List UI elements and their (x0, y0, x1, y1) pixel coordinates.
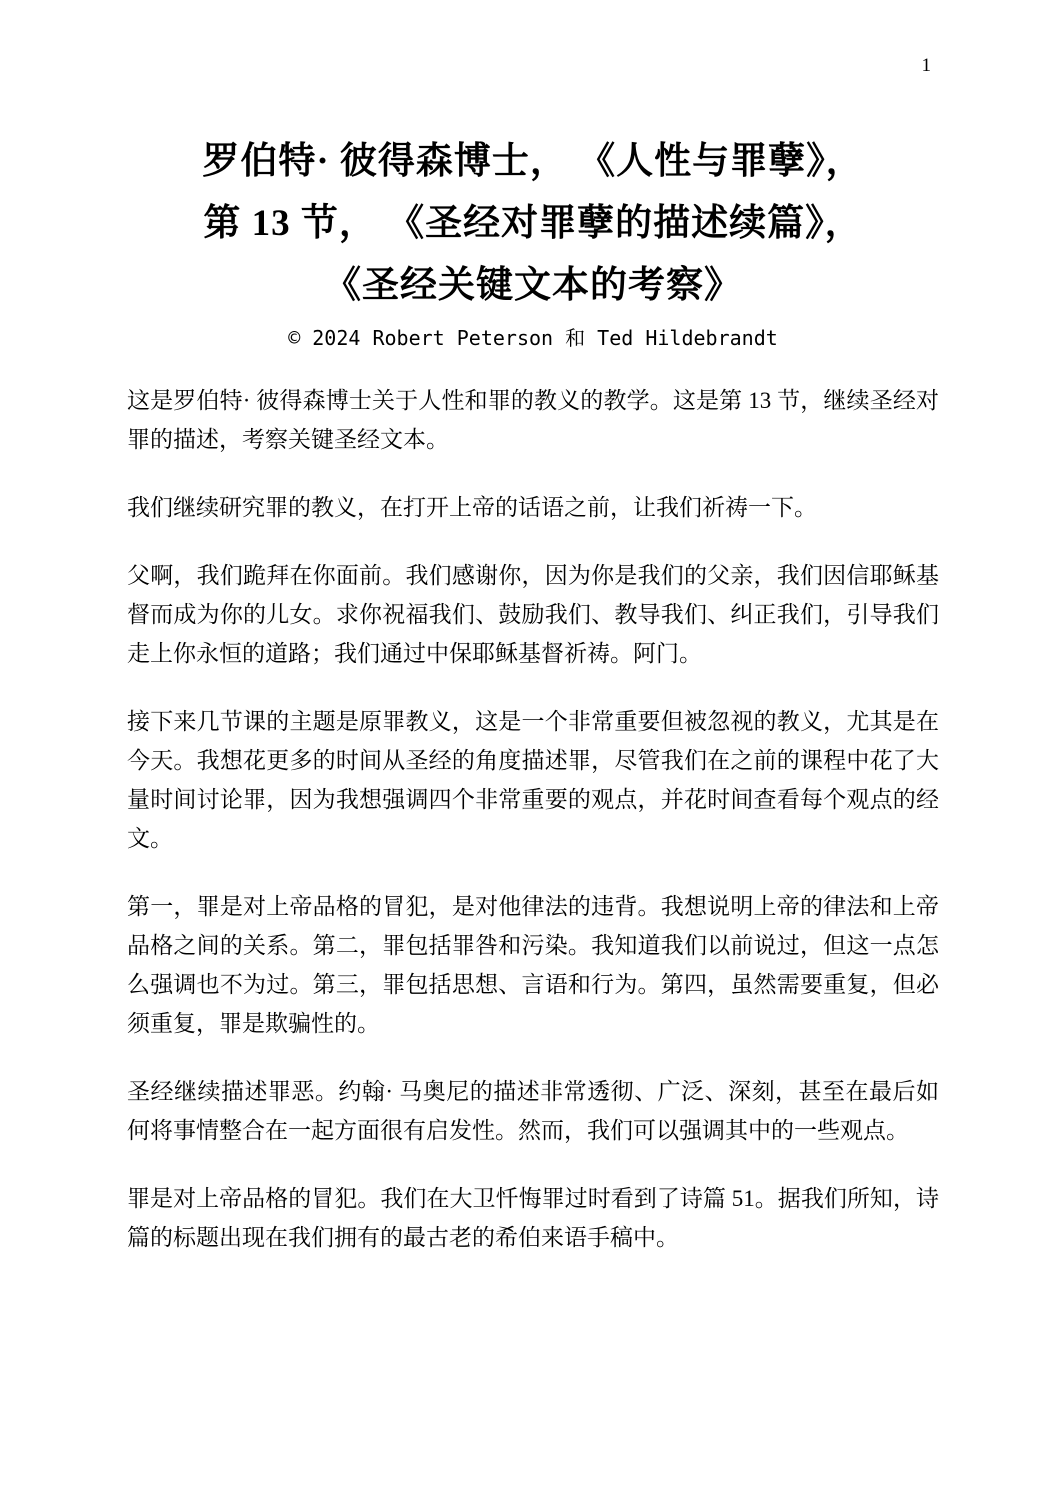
body-paragraph: 罪是对上帝品格的冒犯。我们在大卫忏悔罪过时看到了诗篇 51。据我们所知，诗篇的标… (127, 1179, 939, 1257)
page-content: 1 罗伯特· 彼得森博士， 《人性与罪孽》， 第 13 节， 《圣经对罪孽的描述… (127, 55, 939, 1257)
copyright-line: © 2024 Robert Peterson 和 Ted Hildebrandt (127, 325, 939, 351)
body-paragraph: 第一，罪是对上帝品格的冒犯，是对他律法的违背。我想说明上帝的律法和上帝品格之间的… (127, 887, 939, 1043)
body-paragraph: 接下来几节课的主题是原罪教义，这是一个非常重要但被忽视的教义，尤其是在今天。我想… (127, 702, 939, 858)
document-title: 罗伯特· 彼得森博士， 《人性与罪孽》， 第 13 节， 《圣经对罪孽的描述续篇… (127, 131, 939, 317)
body-paragraph: 我们继续研究罪的教义，在打开上帝的话语之前，让我们祈祷一下。 (127, 488, 939, 527)
document-title-line-1: 罗伯特· 彼得森博士， 《人性与罪孽》， (127, 131, 939, 193)
document-title-line-3: 《圣经关键文本的考察》 (127, 255, 939, 317)
body-paragraph: 父啊，我们跪拜在你面前。我们感谢你，因为你是我们的父亲，我们因信耶稣基督而成为你… (127, 556, 939, 673)
document-page: 1 罗伯特· 彼得森博士， 《人性与罪孽》， 第 13 节， 《圣经对罪孽的描述… (0, 0, 1058, 1497)
body-paragraph: 这是罗伯特· 彼得森博士关于人性和罪的教义的教学。这是第 13 节，继续圣经对罪… (127, 381, 939, 459)
document-title-line-2: 第 13 节， 《圣经对罪孽的描述续篇》， (127, 193, 939, 255)
page-number: 1 (127, 55, 931, 77)
body-paragraph: 圣经继续描述罪恶。约翰· 马奥尼的描述非常透彻、广泛、深刻，甚至在最后如何将事情… (127, 1072, 939, 1150)
document-body: 这是罗伯特· 彼得森博士关于人性和罪的教义的教学。这是第 13 节，继续圣经对罪… (127, 381, 939, 1257)
